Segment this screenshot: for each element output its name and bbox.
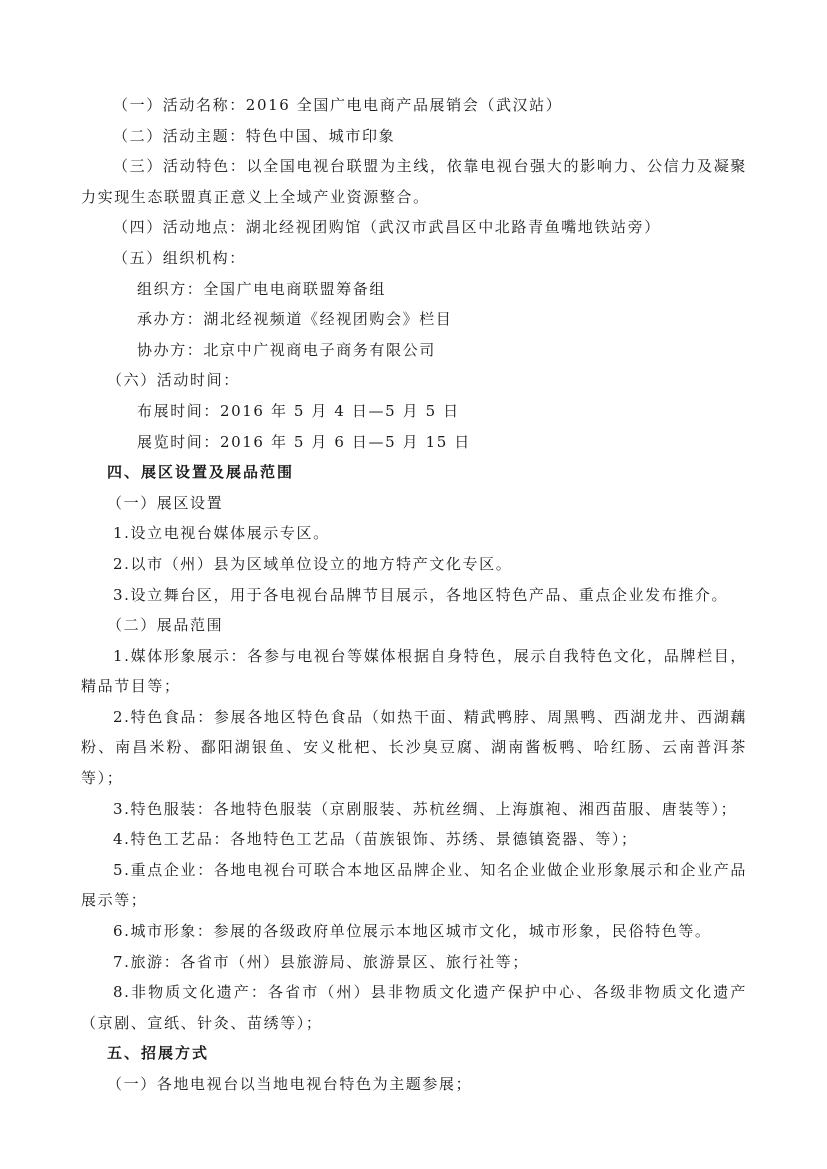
zone-setup-heading: （一）展区设置 xyxy=(81,488,747,519)
product-item: 7.旅游：各省市（州）县旅游局、旅游景区、旅行社等； xyxy=(81,947,747,978)
recruit-item: （一）各地电视台以当地电视台特色为主题参展； xyxy=(81,1069,747,1100)
co-organizer: 协办方：北京中广视商电子商务有限公司 xyxy=(81,335,747,366)
document-page: （一）活动名称：2016 全国广电电商产品展销会（武汉站） （二）活动主题：特色… xyxy=(81,90,747,1100)
product-item: 4.特色工艺品：各地特色工艺品（苗族银饰、苏绣、景德镇瓷器、等）； xyxy=(81,824,747,855)
exhibit-time: 展览时间：2016 年 5 月 6 日—5 月 15 日 xyxy=(81,427,747,458)
product-item: 5.重点企业：各地电视台可联合本地区品牌企业、知名企业做企业形象展示和企业产品展… xyxy=(81,855,747,916)
section4-heading: 四、展区设置及展品范围 xyxy=(81,457,747,488)
zone-item: 2.以市（州）县为区域单位设立的地方特产文化专区。 xyxy=(81,549,747,580)
time-heading: （六）活动时间： xyxy=(81,365,747,396)
host: 承办方：湖北经视频道《经视团购会》栏目 xyxy=(81,304,747,335)
activity-theme: （二）活动主题：特色中国、城市印象 xyxy=(81,121,747,152)
product-item: 3.特色服装：各地特色服装（京剧服装、苏杭丝绸、上海旗袍、湘西苗服、唐装等）； xyxy=(81,794,747,825)
setup-time: 布展时间：2016 年 5 月 4 日—5 月 5 日 xyxy=(81,396,747,427)
zone-item: 1.设立电视台媒体展示专区。 xyxy=(81,518,747,549)
product-item: 8.非物质文化遗产：各省市（州）县非物质文化遗产保护中心、各级非物质文化遗产（京… xyxy=(81,977,747,1038)
activity-name: （一）活动名称：2016 全国广电电商产品展销会（武汉站） xyxy=(81,90,747,121)
product-item: 6.城市形象：参展的各级政府单位展示本地区城市文化，城市形象，民俗特色等。 xyxy=(81,916,747,947)
product-item: 2.特色食品：参展各地区特色食品（如热干面、精武鸭脖、周黑鸭、西湖龙井、西湖藕粉… xyxy=(81,702,747,794)
zone-item: 3.设立舞台区，用于各电视台品牌节目展示，各地区特色产品、重点企业发布推介。 xyxy=(81,580,747,611)
product-item: 1.媒体形象展示：各参与电视台等媒体根据自身特色，展示自我特色文化，品牌栏目，精… xyxy=(81,641,747,702)
organizer: 组织方：全国广电电商联盟筹备组 xyxy=(81,274,747,305)
activity-feature: （三）活动特色：以全国电视台联盟为主线，依靠电视台强大的影响力、公信力及凝聚力实… xyxy=(81,151,747,212)
section5-heading: 五、招展方式 xyxy=(81,1038,747,1069)
organization-heading: （五）组织机构： xyxy=(81,243,747,274)
product-scope-heading: （二）展品范围 xyxy=(81,610,747,641)
activity-location: （四）活动地点：湖北经视团购馆（武汉市武昌区中北路青鱼嘴地铁站旁） xyxy=(81,212,747,243)
